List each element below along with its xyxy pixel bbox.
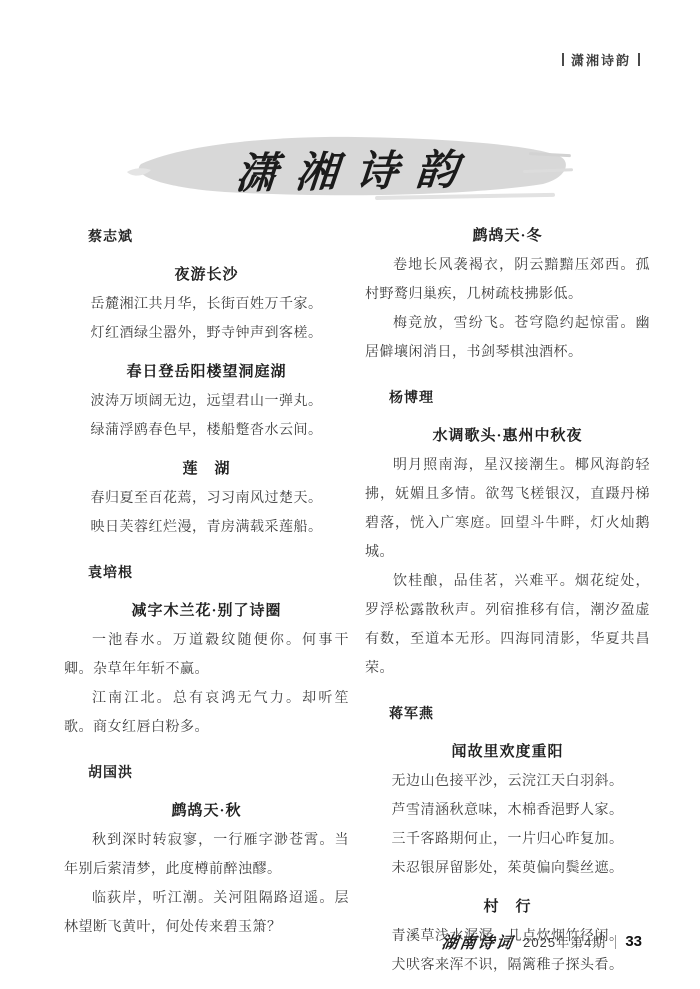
poem-line: 未忍银屏留影处，茱萸偏向鬓丝遮。 bbox=[365, 854, 650, 883]
poem-line: 犬吠客来浑不识，隔篱稚子探头看。 bbox=[365, 951, 650, 980]
poem-line: 芦雪清涵秋意味，木棉香浥野人家。 bbox=[365, 796, 650, 825]
poet-block: 杨博理水调歌头·惠州中秋夜明月照南海，星汉接潮生。椰风海韵轻拂，妩媚且多情。欲驾… bbox=[365, 383, 650, 683]
calligraphy-banner: 潇湘诗韵 bbox=[125, 126, 575, 212]
page-number: 33 bbox=[625, 933, 642, 950]
poem-line: 灯红酒绿尘嚣外，野寺钟声到客槎。 bbox=[64, 319, 349, 348]
poem-title: 水调歌头·惠州中秋夜 bbox=[365, 422, 650, 451]
author-name: 胡国洪 bbox=[64, 758, 349, 787]
header-bar-right-icon bbox=[638, 53, 640, 66]
poet-block: 袁培根减字木兰花·别了诗圈一池春水。万道縠纹随便你。何事干卿。杂草年年斩不赢。江… bbox=[64, 558, 349, 742]
poem-paragraph: 梅竞放，雪纷飞。苍穹隐约起惊雷。幽居僻壤闲消日，书剑琴棋浊酒杯。 bbox=[365, 309, 650, 367]
poem-paragraph: 明月照南海，星汉接潮生。椰风海韵轻拂，妩媚且多情。欲驾飞槎银汉，直蹑丹梯碧落，恍… bbox=[365, 451, 650, 567]
poet-block: 鹧鸪天·冬卷地长风袭褐衣，阴云黯黯压郊西。孤村野鹜归巢疾，几树疏枝拂影低。梅竞放… bbox=[365, 222, 650, 367]
author-name: 蔡志斌 bbox=[64, 222, 349, 251]
poem-line: 映日芙蓉红烂漫，青房满载采莲船。 bbox=[64, 513, 349, 542]
poem-line: 岳麓湘江共月华，长街百姓万千家。 bbox=[64, 290, 349, 319]
author-name: 蒋军燕 bbox=[365, 699, 650, 728]
running-head: 潇湘诗韵 bbox=[562, 50, 640, 69]
left-column: 蔡志斌夜游长沙岳麓湘江共月华，长街百姓万千家。灯红酒绿尘嚣外，野寺钟声到客槎。春… bbox=[64, 220, 349, 980]
header-bar-left-icon bbox=[562, 53, 564, 66]
issue-label: 2025年第4期 bbox=[523, 932, 606, 951]
journal-name: 湖南诗词 bbox=[441, 930, 516, 953]
poem-paragraph: 一池春水。万道縠纹随便你。何事干卿。杂草年年斩不赢。 bbox=[64, 626, 349, 684]
poem-line: 三千客路期何止，一片归心昨复加。 bbox=[365, 825, 650, 854]
poem-title: 减字木兰花·别了诗圈 bbox=[64, 597, 349, 626]
poem-title: 莲 湖 bbox=[64, 455, 349, 484]
text-columns: 蔡志斌夜游长沙岳麓湘江共月华，长街百姓万千家。灯红酒绿尘嚣外，野寺钟声到客槎。春… bbox=[64, 220, 650, 980]
poem-title: 夜游长沙 bbox=[64, 261, 349, 290]
magazine-page: 潇湘诗韵 潇湘诗韵 蔡志斌夜游长沙岳麓湘江共月华，长街百姓万千家。灯红酒绿尘嚣外… bbox=[0, 0, 700, 989]
poet-block: 蔡志斌夜游长沙岳麓湘江共月华，长街百姓万千家。灯红酒绿尘嚣外，野寺钟声到客槎。春… bbox=[64, 222, 349, 542]
footer-divider bbox=[615, 935, 616, 949]
poem-title: 鹧鸪天·秋 bbox=[64, 797, 349, 826]
poem-title: 闻故里欢度重阳 bbox=[365, 738, 650, 767]
poem-paragraph: 秋到深时转寂寥，一行雁字渺苍霄。当年别后萦清梦，此度樽前醉浊醪。 bbox=[64, 826, 349, 884]
right-column: 鹧鸪天·冬卷地长风袭褐衣，阴云黯黯压郊西。孤村野鹜归巢疾，几树疏枝拂影低。梅竞放… bbox=[365, 220, 650, 980]
header-section-label: 潇湘诗韵 bbox=[571, 50, 631, 69]
poem-line: 波涛万顷阔无边，远望君山一弹丸。 bbox=[64, 387, 349, 416]
poem-title: 春日登岳阳楼望洞庭湖 bbox=[64, 358, 349, 387]
poem-title: 村 行 bbox=[365, 893, 650, 922]
poem-title: 鹧鸪天·冬 bbox=[365, 222, 650, 251]
poem-line: 春归夏至百花蔫，习习南风过楚天。 bbox=[64, 484, 349, 513]
author-name: 杨博理 bbox=[365, 383, 650, 412]
calligraphy-title: 潇湘诗韵 bbox=[121, 122, 579, 216]
poet-block: 胡国洪鹧鸪天·秋秋到深时转寂寥，一行雁字渺苍霄。当年别后萦清梦，此度樽前醉浊醪。… bbox=[64, 758, 349, 942]
poem-paragraph: 临荻岸，听江潮。关河阻隔路迢遥。层林望断飞黄叶，何处传来碧玉箫？ bbox=[64, 884, 349, 942]
author-name: 袁培根 bbox=[64, 558, 349, 587]
poem-paragraph: 卷地长风袭褐衣，阴云黯黯压郊西。孤村野鹜归巢疾，几树疏枝拂影低。 bbox=[365, 251, 650, 309]
poem-line: 绿蒲浮鸥春色早，楼船蹩沓水云间。 bbox=[64, 416, 349, 445]
poem-paragraph: 饮桂酿，品佳茗，兴难平。烟花绽处，罗浮松露散秋声。列宿推移有信，潮汐盈虚有数，至… bbox=[365, 567, 650, 683]
poem-paragraph: 江南江北。总有哀鸿无气力。却听笙歌。商女红唇白粉多。 bbox=[64, 684, 349, 742]
page-footer: 湖南诗词 2025年第4期 33 bbox=[442, 930, 642, 953]
poem-line: 无边山色接平沙，云浣江天白羽斜。 bbox=[365, 767, 650, 796]
